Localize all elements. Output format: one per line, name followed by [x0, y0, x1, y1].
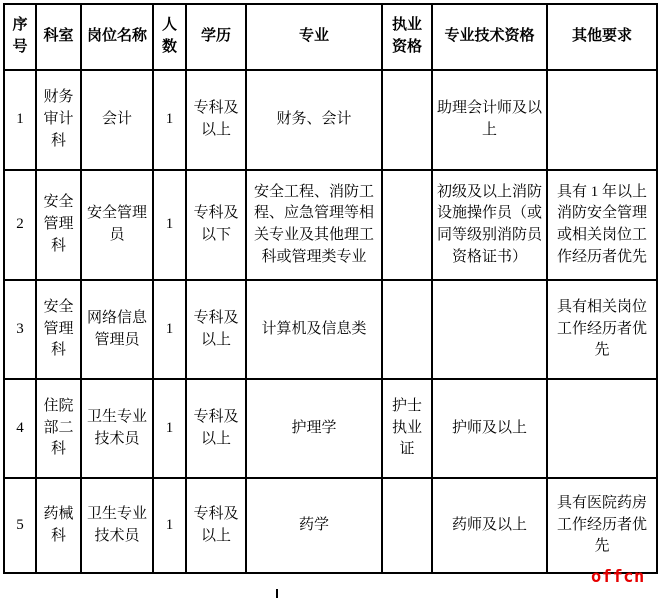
table-cell	[547, 379, 657, 478]
table-cell: 专科及以上	[186, 280, 246, 379]
header-cell-department: 科室	[36, 4, 81, 70]
table-cell: 住院部二科	[36, 379, 81, 478]
table-cell: 5	[4, 478, 36, 573]
header-row: 序号 科室 岗位名称 人数 学历 专业 执业资格 专业技术资格 其他要求	[4, 4, 657, 70]
header-cell-count: 人数	[153, 4, 186, 70]
offcn-watermark: offcn	[591, 567, 645, 587]
table-cell	[547, 70, 657, 170]
table-cell: 4	[4, 379, 36, 478]
table-cell: 具有相关岗位工作经历者优先	[547, 280, 657, 379]
table-cell	[432, 280, 547, 379]
table-cell: 1	[4, 70, 36, 170]
header-cell-education: 学历	[186, 4, 246, 70]
table-cell	[382, 280, 432, 379]
table-cell: 卫生专业技术员	[81, 379, 153, 478]
recruitment-table-sheet: 序号 科室 岗位名称 人数 学历 专业 执业资格 专业技术资格 其他要求 1财务…	[3, 3, 658, 574]
table-cell: 3	[4, 280, 36, 379]
table-row: 4住院部二科卫生专业技术员1专科及以上护理学护士执业证护师及以上	[4, 379, 657, 478]
header-cell-position: 岗位名称	[81, 4, 153, 70]
stray-line-artifact	[276, 589, 278, 598]
table-cell: 财务、会计	[246, 70, 382, 170]
header-cell-practice-qualification: 执业资格	[382, 4, 432, 70]
table-cell	[382, 70, 432, 170]
table-cell: 财务审计科	[36, 70, 81, 170]
table-row: 5药械科卫生专业技术员1专科及以上药学药师及以上具有医院药房工作经历者优先	[4, 478, 657, 573]
table-cell: 初级及以上消防设施操作员（或同等级别消防员资格证书）	[432, 170, 547, 280]
table-cell: 计算机及信息类	[246, 280, 382, 379]
table-header: 序号 科室 岗位名称 人数 学历 专业 执业资格 专业技术资格 其他要求	[4, 4, 657, 70]
table-cell: 专科及以上	[186, 379, 246, 478]
table-cell: 会计	[81, 70, 153, 170]
table-cell: 药械科	[36, 478, 81, 573]
table-cell: 1	[153, 379, 186, 478]
table-cell: 1	[153, 280, 186, 379]
table-cell: 专科及以上	[186, 70, 246, 170]
table-cell: 药师及以上	[432, 478, 547, 573]
table-row: 3安全管理科网络信息管理员1专科及以上计算机及信息类具有相关岗位工作经历者优先	[4, 280, 657, 379]
table-cell: 安全管理科	[36, 280, 81, 379]
table-cell	[382, 170, 432, 280]
table-cell: 具有 1 年以上消防安全管理或相关岗位工作经历者优先	[547, 170, 657, 280]
recruitment-table: 序号 科室 岗位名称 人数 学历 专业 执业资格 专业技术资格 其他要求 1财务…	[3, 3, 658, 574]
table-cell: 专科及以下	[186, 170, 246, 280]
header-cell-major: 专业	[246, 4, 382, 70]
table-cell: 2	[4, 170, 36, 280]
table-cell: 安全工程、消防工程、应急管理等相关专业及其他理工科或管理类专业	[246, 170, 382, 280]
header-cell-technical-qualification: 专业技术资格	[432, 4, 547, 70]
table-cell: 护师及以上	[432, 379, 547, 478]
table-cell: 专科及以上	[186, 478, 246, 573]
table-body: 1财务审计科会计1专科及以上财务、会计助理会计师及以上2安全管理科安全管理员1专…	[4, 70, 657, 573]
table-row: 1财务审计科会计1专科及以上财务、会计助理会计师及以上	[4, 70, 657, 170]
table-cell: 助理会计师及以上	[432, 70, 547, 170]
header-cell-other-requirements: 其他要求	[547, 4, 657, 70]
table-cell: 药学	[246, 478, 382, 573]
table-cell: 安全管理员	[81, 170, 153, 280]
table-cell: 卫生专业技术员	[81, 478, 153, 573]
table-cell: 护理学	[246, 379, 382, 478]
table-cell: 网络信息管理员	[81, 280, 153, 379]
table-cell: 1	[153, 478, 186, 573]
table-cell: 护士执业证	[382, 379, 432, 478]
table-cell: 具有医院药房工作经历者优先	[547, 478, 657, 573]
header-cell-index: 序号	[4, 4, 36, 70]
table-row: 2安全管理科安全管理员1专科及以下安全工程、消防工程、应急管理等相关专业及其他理…	[4, 170, 657, 280]
table-cell: 安全管理科	[36, 170, 81, 280]
table-cell	[382, 478, 432, 573]
table-cell: 1	[153, 170, 186, 280]
table-cell: 1	[153, 70, 186, 170]
